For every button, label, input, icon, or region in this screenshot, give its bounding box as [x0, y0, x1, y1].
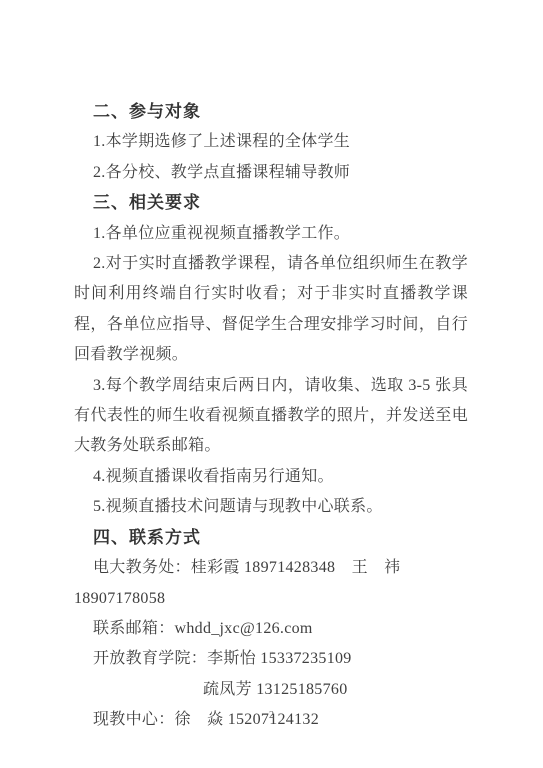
- section-heading-requirements: 三、相关要求: [74, 188, 468, 218]
- page-number: 2: [0, 710, 543, 721]
- document-body: 二、参与对象 1.本学期选修了上述课程的全体学生 2.各分校、教学点直播课程辅导…: [74, 97, 468, 736]
- para-requirement-3: 3.每个教学周结束后两日内，请收集、选取 3-5 张具有代表性的师生收看视频直播…: [74, 371, 468, 462]
- section-heading-participants: 二、参与对象: [74, 97, 468, 127]
- contact-line-open-education-college: 开放教育学院：李斯怡 15337235109: [74, 644, 468, 674]
- para-requirement-4: 4.视频直播课收看指南另行通知。: [74, 462, 468, 492]
- contact-line-open-education-college-2: 疏凤芳 13125185760: [74, 675, 468, 705]
- document-page: 二、参与对象 1.本学期选修了上述课程的全体学生 2.各分校、教学点直播课程辅导…: [0, 0, 543, 768]
- contact-line-email: 联系邮箱：whdd_jxc@126.com: [74, 614, 468, 644]
- para-participants-tutors: 2.各分校、教学点直播课程辅导教师: [74, 158, 468, 188]
- para-requirement-1: 1.各单位应重视视频直播教学工作。: [74, 219, 468, 249]
- para-requirement-2: 2.对于实时直播教学课程，请各单位组织师生在教学时间利用终端自行实时收看；对于非…: [74, 249, 468, 371]
- contact-line-academic-office: 电大教务处：桂彩霞 18971428348 王 祎 18907178058: [74, 553, 468, 614]
- section-heading-contact: 四、联系方式: [74, 523, 468, 553]
- para-requirement-5: 5.视频直播技术问题请与现教中心联系。: [74, 492, 468, 522]
- para-participants-students: 1.本学期选修了上述课程的全体学生: [74, 127, 468, 157]
